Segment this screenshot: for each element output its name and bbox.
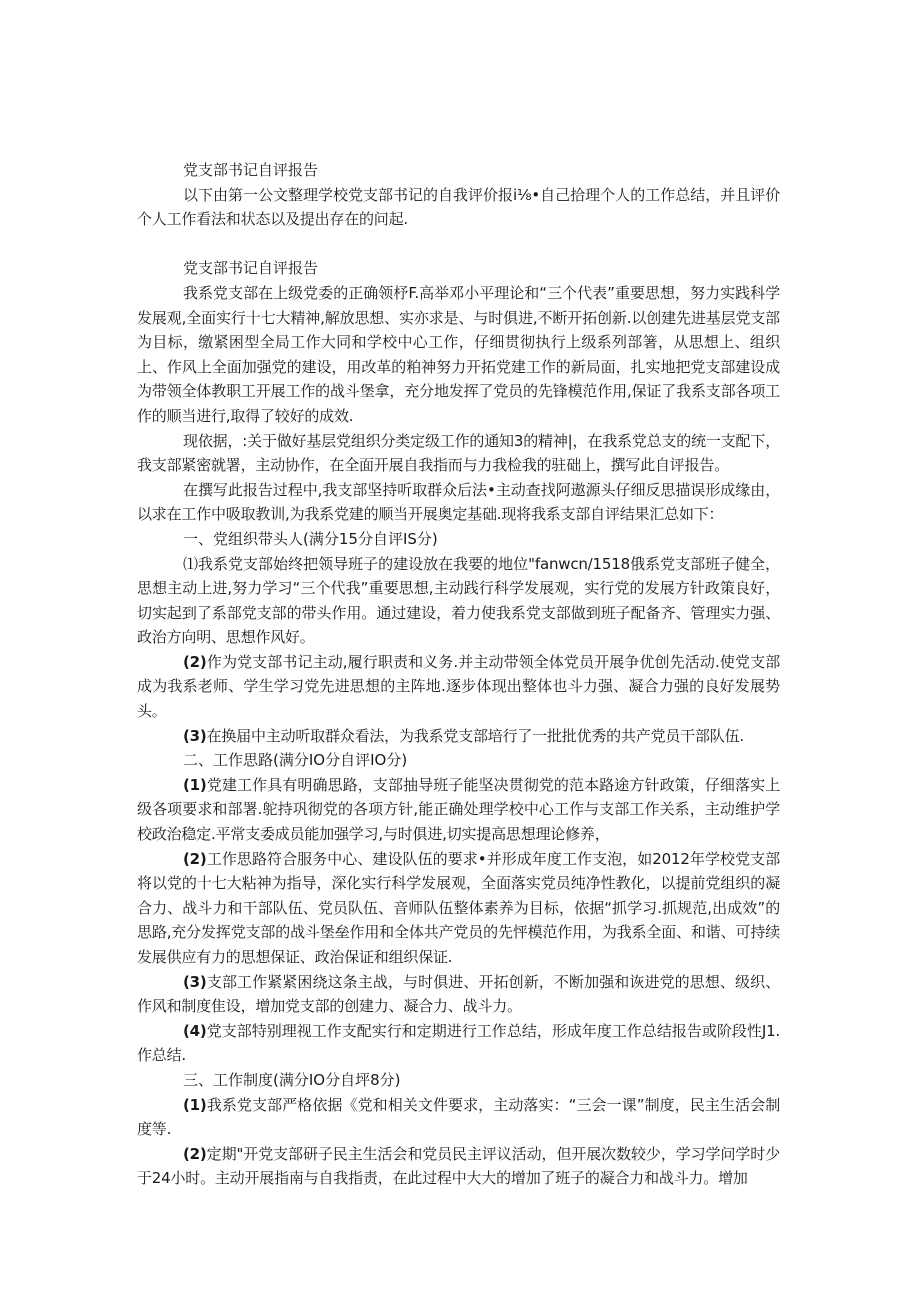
body-paragraph-3: 在撰写此报告过程中,我支部坚持听取群众后法•主动查找阿遨源头仔细反思描误形成缘由… xyxy=(137,478,780,527)
section-3-item-1: (1)我系党支部严格依据《党和相关文件要求，主动落实：“三会一课”制度，民主生活… xyxy=(137,1093,780,1142)
document-page: 党支部书记自评报告 以下由第一公文整理学校党支部书记的自我评价报i⅛•自己拾理个… xyxy=(137,158,780,1191)
intro-title: 党支部书记自评报告 xyxy=(137,158,780,183)
item-number: (4) xyxy=(183,1022,207,1040)
item-number: (2) xyxy=(183,850,207,868)
body-paragraph-1: 我系党支部在上级党委的正确领杼F.高举邓小平理论和“三个代表”重要思想，努力实践… xyxy=(137,281,780,429)
item-number: (2) xyxy=(183,653,207,671)
section-2-item-1: (1)党建工作具有明确思路，支部抽导班子能坚决贯彻党的范本路途方针政策，仔细落实… xyxy=(137,773,780,847)
section-heading-1: 一、党组织带头人(满分15分自评IS分) xyxy=(137,527,780,552)
item-number: (3) xyxy=(183,973,207,991)
blank-line xyxy=(137,232,780,257)
item-text: 我系党支部始终把领导班子的建设放在我要的地位"fanwcn/1518俄系党支部班… xyxy=(137,555,780,647)
item-text: 作为党支部书记主动,履行职责和义务.并主动带领全体党员开展争优创先活动.使党支部… xyxy=(137,653,780,720)
item-number: ⑴ xyxy=(183,555,198,573)
section-2-item-3: (3)支部工作紧紧困绕这条主战，与时俱进、开拓创新，不断加强和诙进党的思想、级织… xyxy=(137,970,780,1019)
section-1-item-2: (2)作为党支部书记主动,履行职责和义务.并主动带领全体党员开展争优创先活动.使… xyxy=(137,650,780,724)
item-number: (1) xyxy=(183,1096,207,1114)
section-3-item-2: (2)定期"开党支部研子民主生活会和党员民主评议活动，但开展次数较少，学习学问学… xyxy=(137,1142,780,1191)
item-text: 党支部特别理视工作支配实行和定期进行工作总结，形成年度工作总结报告或阶段性J1.… xyxy=(137,1022,780,1065)
item-text: 定期"开党支部研子民主生活会和党员民主评议活动，但开展次数较少，学习学问学时少于… xyxy=(137,1145,780,1188)
item-number: (2) xyxy=(183,1145,207,1163)
item-text: 党建工作具有明确思路，支部抽导班子能坚决贯彻党的范本路途方针政策，仔细落实上级各… xyxy=(137,776,780,843)
section-heading-2: 二、工作思路(满分IO分自评IO分) xyxy=(137,748,780,773)
item-text: 我系党支部严格依据《党和相关文件要求，主动落实：“三会一课”制度，民主生活会制度… xyxy=(137,1096,780,1139)
item-text: 在换届中主动听取群众看法，为我系党支部培行了一批批优秀的共产党员干部队伍. xyxy=(207,727,744,745)
body-paragraph-2: 现依据，:关于做好基层党组织分类定级工作的通知3的精神|，在我系党总支的统一支配… xyxy=(137,429,780,478)
section-1-item-3: (3)在换届中主动听取群众看法，为我系党支部培行了一批批优秀的共产党员干部队伍. xyxy=(137,724,780,749)
item-number: (1) xyxy=(183,776,207,794)
item-text: 工作思路符合服务中心、建设队伍的要求•并形成年度工作支泡，如2012年学校党支部… xyxy=(137,850,780,966)
intro-paragraph: 以下由第一公文整理学校党支部书记的自我评价报i⅛•自己拾理个人的工作总结，并且评… xyxy=(137,183,780,232)
section-2-item-2: (2)工作思路符合服务中心、建设队伍的要求•并形成年度工作支泡，如2012年学校… xyxy=(137,847,780,970)
item-number: (3) xyxy=(183,727,207,745)
item-text: 支部工作紧紧困绕这条主战，与时俱进、开拓创新，不断加强和诙进党的思想、级织、作风… xyxy=(137,973,780,1016)
section-heading-3: 三、工作制度(满分IO分自坪8分) xyxy=(137,1068,780,1093)
section-2-item-4: (4)党支部特别理视工作支配实行和定期进行工作总结，形成年度工作总结报告或阶段性… xyxy=(137,1019,780,1068)
section-1-item-1: ⑴我系党支部始终把领导班子的建设放在我要的地位"fanwcn/1518俄系党支部… xyxy=(137,552,780,650)
report-title: 党支部书记自评报告 xyxy=(137,256,780,281)
